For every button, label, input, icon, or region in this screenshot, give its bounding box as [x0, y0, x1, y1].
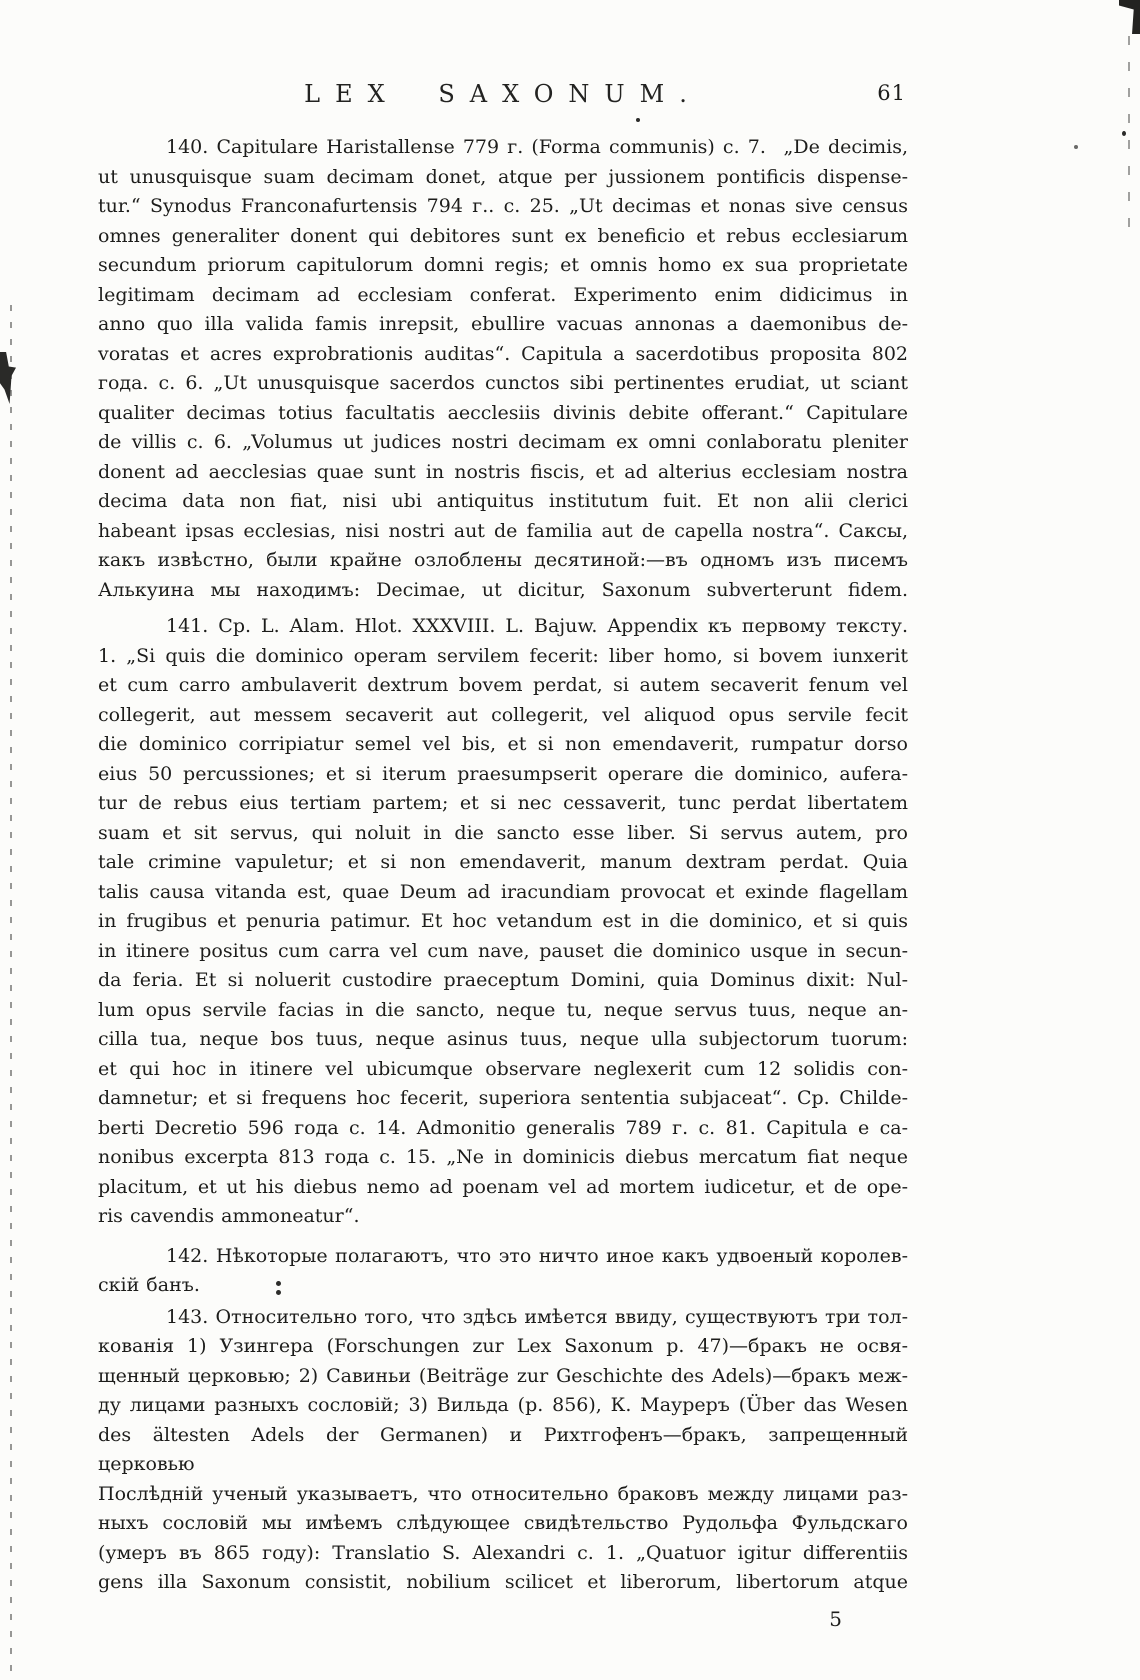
text-line: (умеръ въ 865 году): Translatio S. Alexa… [98, 1539, 908, 1569]
text-line: talis causa vitanda est, quae Deum ad ir… [98, 878, 908, 908]
text-line: 140. Capitulare Haristallense 779 г. (Fo… [98, 133, 908, 163]
text-line: die dominico corripiatur semel vel bis, … [98, 730, 908, 760]
text-line: in frugibus et penuria patimur. Et hoc v… [98, 907, 908, 937]
text-line: какъ извѣстно, были крайне озлоблены дес… [98, 546, 908, 576]
scan-artifact-ink-speck [1074, 145, 1078, 149]
paragraph-141: 141. Ср. L. Alam. Hlot. XXXVIII. L. Baju… [98, 612, 908, 1232]
text-line: in itinere positus cum carra vel cum nav… [98, 937, 908, 967]
scan-artifact-ink-blob [0, 352, 16, 404]
text-line: damnetur; et si frequens hoc fecerit, su… [98, 1084, 908, 1114]
running-head: LEX SAXONUM. 61 [98, 80, 908, 112]
text-line: lum opus servile facias in die sancto, n… [98, 996, 908, 1026]
page-number: 61 [877, 81, 906, 105]
text-line: tur de rebus eius tertiam partem; et si … [98, 789, 908, 819]
text-line: qualiter decimas totius facultatis aeccl… [98, 399, 908, 429]
text-line: ut unusquisque suam decimam donet, atque… [98, 163, 908, 193]
text-line: года. c. 6. „Ut unusquisque sacerdos cun… [98, 369, 908, 399]
scan-artifact-ink-speck [636, 118, 640, 122]
text-line: donent ad aecclesias quae sunt in nostri… [98, 458, 908, 488]
text-line: 142. Нѣкоторые полагаютъ, что это ничто … [98, 1242, 908, 1272]
text-line: omnes generaliter donent qui debitores s… [98, 222, 908, 252]
text-line: nonibus excerpta 813 года c. 15. „Ne in … [98, 1143, 908, 1173]
text-line: 143. Относительно того, что здѣсь имѣетс… [98, 1303, 908, 1333]
text-line: tur.“ Synodus Franconafurtensis 794 г.. … [98, 192, 908, 222]
text-line: cilla tua, neque bos tuus, neque asinus … [98, 1025, 908, 1055]
text-line: 141. Ср. L. Alam. Hlot. XXXVIII. L. Baju… [98, 612, 908, 642]
text-line: berti Decretio 596 года c. 14. Admonitio… [98, 1114, 908, 1144]
text-line: скій банъ. [98, 1271, 908, 1301]
text-line: кованія 1) Узингера (Forschungen zur Lex… [98, 1332, 908, 1362]
text-line: anno quo illa valida famis inrepsit, ebu… [98, 310, 908, 340]
text-line: 1. „Si quis die dominico operam servilem… [98, 642, 908, 672]
paragraphs-container: 140. Capitulare Haristallense 779 г. (Fo… [98, 133, 908, 1598]
text-line: de villis c. 6. „Volumus ut judices nost… [98, 428, 908, 458]
text-line: gens illa Saxonum consistit, nobilium sc… [98, 1568, 908, 1598]
paragraph-142: 142. Нѣкоторые полагаютъ, что это ничто … [98, 1242, 908, 1301]
text-line: tale crimine vapuletur; et si non emenda… [98, 848, 908, 878]
scan-artifact-corner-mark [1119, 0, 1140, 34]
text-block: 140. Capitulare Haristallense 779 г. (Fo… [98, 133, 908, 1634]
text-line: Послѣдній ученый указываетъ, что относит… [98, 1480, 908, 1510]
text-line: voratas et acres exprobrationis auditas“… [98, 340, 908, 370]
text-line: habeant ipsas ecclesias, nisi nostri aut… [98, 517, 908, 547]
scan-artifact-binding-dash-line [10, 305, 12, 1680]
text-line: da feria. Et si noluerit custodire praec… [98, 966, 908, 996]
page-header-title: LEX SAXONUM. [98, 80, 908, 108]
text-line: suam et sit servus, qui noluit in die sa… [98, 819, 908, 849]
text-line: eius 50 percussiones; et si iterum praes… [98, 760, 908, 790]
scan-artifact-edge-dash-line [1128, 36, 1130, 236]
text-line: placitum, et ut his diebus nemo ad poena… [98, 1173, 908, 1203]
text-line: щенный церковью; 2) Савиньи (Beiträge zu… [98, 1362, 908, 1392]
text-line: ныхъ сословій мы имѣемъ слѣдующее свидѣт… [98, 1509, 908, 1539]
text-line: et cum carro ambulaverit dextrum bovem p… [98, 671, 908, 701]
text-line: et qui hoc in itinere vel ubicumque obse… [98, 1055, 908, 1085]
scan-artifact-ink-speck [1122, 131, 1126, 136]
text-line: ris cavendis ammoneatur“. [98, 1202, 908, 1232]
paragraph-143: 143. Относительно того, что здѣсь имѣетс… [98, 1303, 908, 1598]
text-line: collegerit, aut messem secaverit aut col… [98, 701, 908, 731]
scanned-book-page: LEX SAXONUM. 61 140. Capitulare Haristal… [0, 0, 1140, 1680]
signature-mark: 5 [98, 1605, 908, 1635]
text-line: ду лицами разныхъ сословій; 3) Вильда (p… [98, 1391, 908, 1421]
text-line: secundum priorum capitulorum domni regis… [98, 251, 908, 281]
text-line: legitimam decimam ad ecclesiam conferat.… [98, 281, 908, 311]
text-line: Алькуина мы находимъ: Decimae, ut dicitu… [98, 576, 908, 606]
text-line: des ältesten Adels der Germanen) и Рихтг… [98, 1421, 908, 1480]
text-line: decima data non fiat, nisi ubi antiquitu… [98, 487, 908, 517]
paragraph-140: 140. Capitulare Haristallense 779 г. (Fo… [98, 133, 908, 605]
